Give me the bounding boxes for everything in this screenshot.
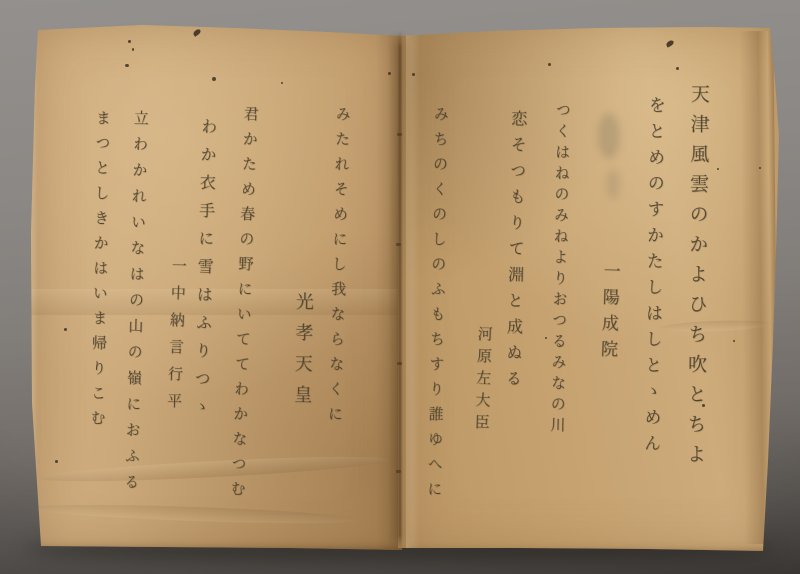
stitch-mark <box>396 243 401 246</box>
ink-speck <box>759 167 761 169</box>
ink-speck <box>717 168 719 170</box>
ink-speck <box>55 460 58 463</box>
author-column-koko-tenno: 光孝天皇 <box>288 292 316 426</box>
stitch-mark <box>396 470 401 473</box>
wrinkle <box>660 319 770 333</box>
author-column-kawara-no-sadaijin: 河原左大臣 <box>471 326 496 447</box>
poem-column-otome: をとめのすかたしはしとゝめん <box>638 96 668 474</box>
ink-speck <box>64 328 67 331</box>
ink-speck <box>281 82 283 84</box>
photo-scene: 天津風雲のかよひち吹とちよ をとめのすかたしはしとゝめん 一陽成院 つくはねのみ… <box>0 0 800 574</box>
ink-showthrough-stain <box>598 113 620 159</box>
ink-speck <box>388 72 391 75</box>
ink-speck <box>702 404 705 407</box>
stitch-mark <box>397 362 402 365</box>
page-curl-highlight <box>30 21 38 552</box>
ink-speck <box>548 63 551 66</box>
ink-speck <box>545 337 547 339</box>
ink-speck <box>125 64 129 67</box>
stitch-mark <box>397 133 402 136</box>
wrinkle <box>40 452 390 486</box>
ink-speck <box>212 77 216 81</box>
author-column-yozei-in: 一陽成院 <box>593 262 623 393</box>
ink-speck <box>412 73 415 76</box>
wrinkle <box>30 501 360 527</box>
ink-speck <box>676 67 679 70</box>
ink-speck <box>128 40 131 43</box>
ink-speck <box>132 48 134 51</box>
page-stack-edge <box>739 31 778 544</box>
ink-showthrough-stain <box>606 169 620 199</box>
ink-speck <box>733 340 735 342</box>
right-page <box>398 21 784 555</box>
poem-column-amatsukaze: 天津風雲のかよひち吹とちよ <box>682 84 713 504</box>
